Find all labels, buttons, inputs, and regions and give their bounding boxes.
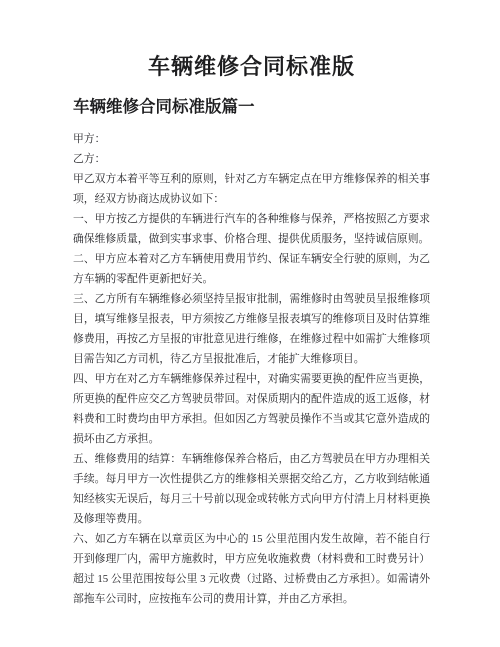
clause-1: 一、甲方按乙方提供的车辆进行汽车的各种维修与保养，严格按照乙方要求确保维修质量，… bbox=[73, 209, 430, 249]
section-heading: 车辆维修合同标准版篇一 bbox=[73, 95, 430, 119]
party-a-line: 甲方： bbox=[73, 129, 430, 149]
intro-paragraph: 甲乙双方本着平等互利的原则，针对乙方车辆定点在甲方维修保养的相关事项，经双方协商… bbox=[73, 169, 430, 209]
clause-2: 二、甲方应本着对乙方车辆使用费用节约、保证车辆安全行驶的原则，为乙方车辆的零配件… bbox=[73, 249, 430, 289]
clause-4: 四、甲方在对乙方车辆维修保养过程中，对确实需要更换的配件应当更换，所更换的配件应… bbox=[73, 369, 430, 449]
party-b-line: 乙方： bbox=[73, 149, 430, 169]
clause-3: 三、乙方所有车辆维修必须坚持呈报审批制，需维修时由驾驶员呈报维修项目，填写维修呈… bbox=[73, 289, 430, 369]
document-title: 车辆维修合同标准版 bbox=[73, 52, 430, 82]
document-page: 车辆维修合同标准版 车辆维修合同标准版篇一 甲方： 乙方： 甲乙双方本着平等互利… bbox=[0, 0, 500, 647]
clause-5: 五、维修费用的结算：车辆维修保养合格后，由乙方驾驶员在甲方办理相关手续。每月甲方… bbox=[73, 449, 430, 529]
clause-6: 六、如乙方车辆在以章贡区为中心的 15 公里范围内发生故障，若不能自行开到修理厂… bbox=[73, 529, 430, 609]
document-content: 车辆维修合同标准版 车辆维修合同标准版篇一 甲方： 乙方： 甲乙双方本着平等互利… bbox=[0, 0, 500, 609]
